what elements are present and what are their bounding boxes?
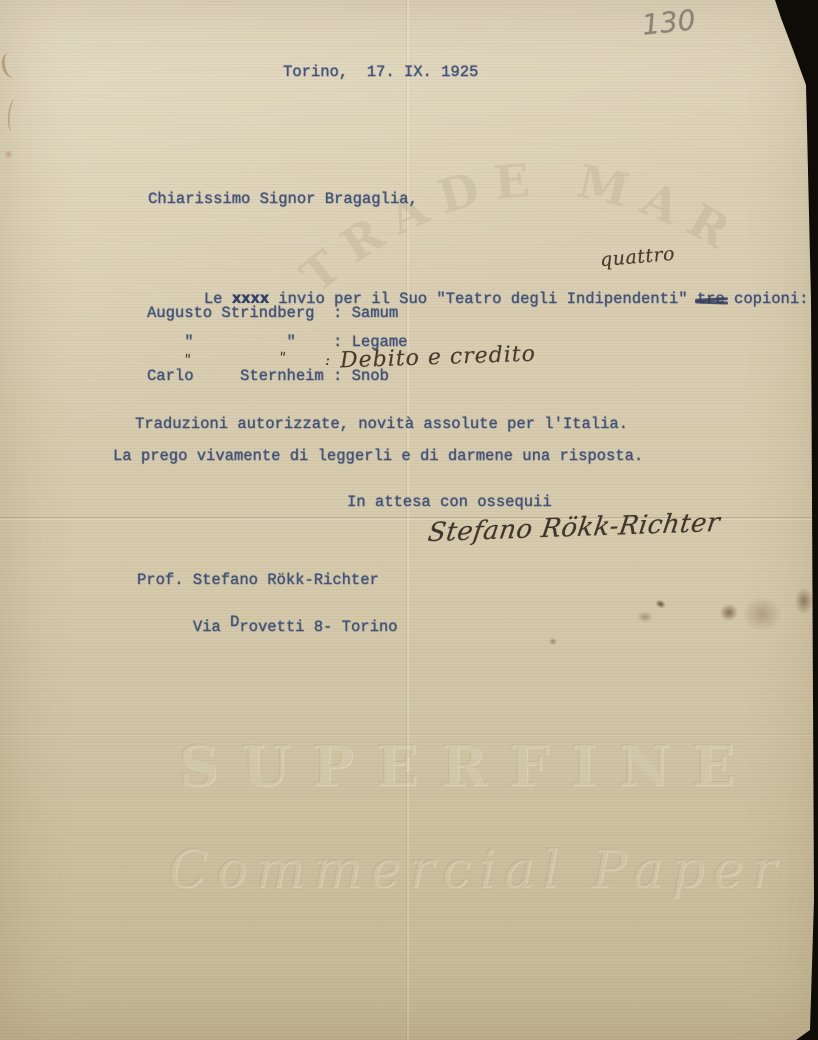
- closing-line: In attesa con ossequii: [347, 494, 552, 511]
- work-row-strindberg-samum: Augusto Strindberg : Samum: [147, 305, 398, 322]
- work-row-sternheim-snob: Carlo Sternheim : Snob: [147, 368, 389, 385]
- ink-smudge: [637, 611, 653, 623]
- sender-address: Via Drovetti 8- Torino: [137, 602, 397, 653]
- dateline: Torino, 17. IX. 1925: [283, 64, 478, 81]
- paper-stain: [4, 150, 13, 159]
- sender-name: Prof. Stefano Rökk-Richter: [137, 572, 379, 589]
- scanned-letter: TRADE MARK SUPERFINE Commercial Paper 13…: [0, 0, 818, 1040]
- address-raised-letter: D: [230, 613, 239, 631]
- address-tail: rovetti 8- Torino: [239, 618, 397, 636]
- ink-smudge: [549, 638, 557, 645]
- intro-struck-word: tre: [697, 290, 725, 308]
- letter-page: TRADE MARK SUPERFINE Commercial Paper 13…: [0, 0, 818, 1040]
- ink-smudge: [742, 596, 782, 632]
- paper-aging-shade: [0, 572, 818, 1040]
- page-number-annotation: 130: [640, 3, 697, 41]
- address-lead: Via: [193, 618, 230, 636]
- paragraph-la-prego: La prego vivamente di leggerli e di darm…: [113, 448, 643, 465]
- intro-tail: copioni:: [725, 290, 809, 308]
- salutation: Chiarissimo Signor Bragaglia,: [148, 191, 418, 208]
- ink-smudge: [795, 588, 813, 614]
- paragraph-traduzioni: Traduzioni autorizzate, novità assolute …: [135, 416, 628, 433]
